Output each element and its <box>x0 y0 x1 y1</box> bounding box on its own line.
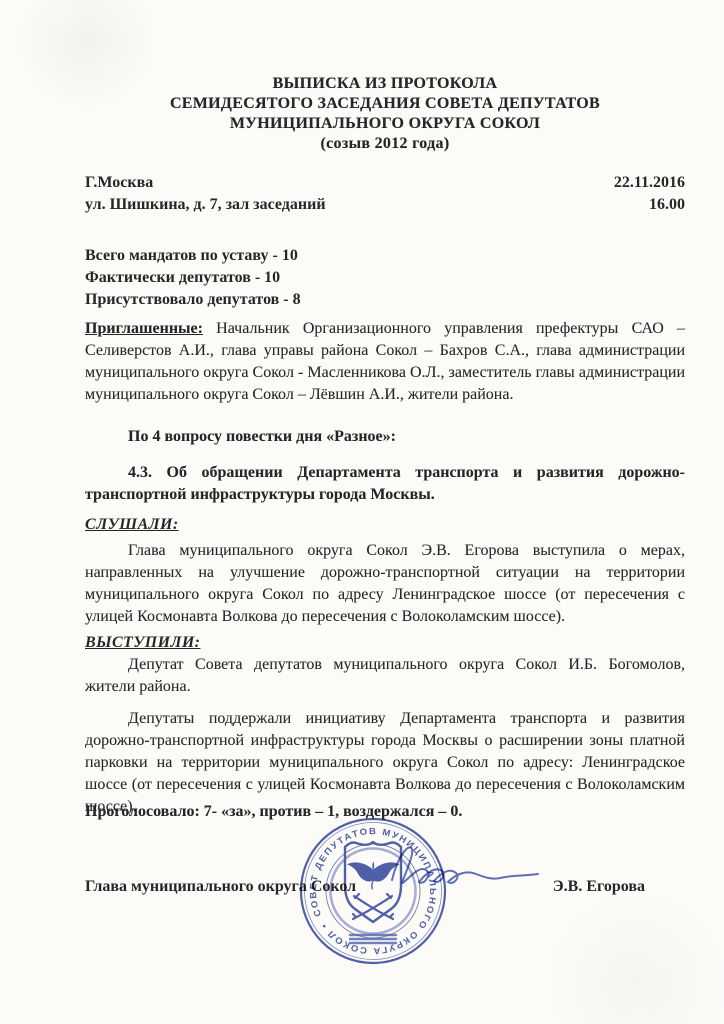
scanned-protocol-document: ВЫПИСКА ИЗ ПРОТОКОЛА СЕМИДЕСЯТОГО ЗАСЕДА… <box>0 0 724 1024</box>
meta-address: ул. Шишкина, д. 7, зал заседаний <box>85 194 326 216</box>
heard-section-label: СЛУШАЛИ: <box>85 514 685 536</box>
mandates-total: Всего мандатов по уставу - 10 <box>85 245 685 267</box>
heard-section-text: Глава муниципального округа Сокол Э.В. Е… <box>85 540 685 628</box>
document-title: ВЫПИСКА ИЗ ПРОТОКОЛА СЕМИДЕСЯТОГО ЗАСЕДА… <box>85 74 685 154</box>
invited-label: Приглашенные: <box>85 320 203 337</box>
title-line-3: МУНИЦИПАЛЬНОГО ОКРУГА СОКОЛ <box>85 114 685 134</box>
agenda-item-4-3: 4.3. Об обращении Департамента транспорт… <box>85 462 685 506</box>
meta-left: Г.Москва ул. Шишкина, д. 7, зал заседани… <box>85 172 326 216</box>
mandates-present: Присутствовало депутатов - 8 <box>85 289 685 311</box>
invited-paragraph: Приглашенные: Начальник Организационного… <box>85 318 685 406</box>
mandates-block: Всего мандатов по уставу - 10 Фактически… <box>85 245 685 311</box>
handwritten-signature <box>386 836 546 921</box>
signature-stroke <box>392 847 538 883</box>
title-line-1: ВЫПИСКА ИЗ ПРОТОКОЛА <box>85 74 685 94</box>
stamp-registry-band <box>350 935 396 943</box>
meta-right: 22.11.2016 16.00 <box>614 172 685 216</box>
spoke-section-label: ВЫСТУПИЛИ: <box>85 632 685 654</box>
title-line-2: СЕМИДЕСЯТОГО ЗАСЕДАНИЯ СОВЕТА ДЕПУТАТОВ <box>85 94 685 114</box>
spoke-section-text: Депутат Совета депутатов муниципального … <box>85 654 685 698</box>
meta-city: Г.Москва <box>85 172 326 194</box>
meta-block: Г.Москва ул. Шишкина, д. 7, зал заседани… <box>85 172 685 216</box>
meta-date: 22.11.2016 <box>614 172 685 194</box>
signatory-name: Э.В. Егорова <box>553 876 645 898</box>
mandates-actual: Фактически депутатов - 10 <box>85 267 685 289</box>
agenda-intro: По 4 вопросу повестки дня «Разное»: <box>85 426 685 448</box>
title-line-4: (созыв 2012 года) <box>85 134 685 154</box>
meta-time: 16.00 <box>614 194 685 216</box>
